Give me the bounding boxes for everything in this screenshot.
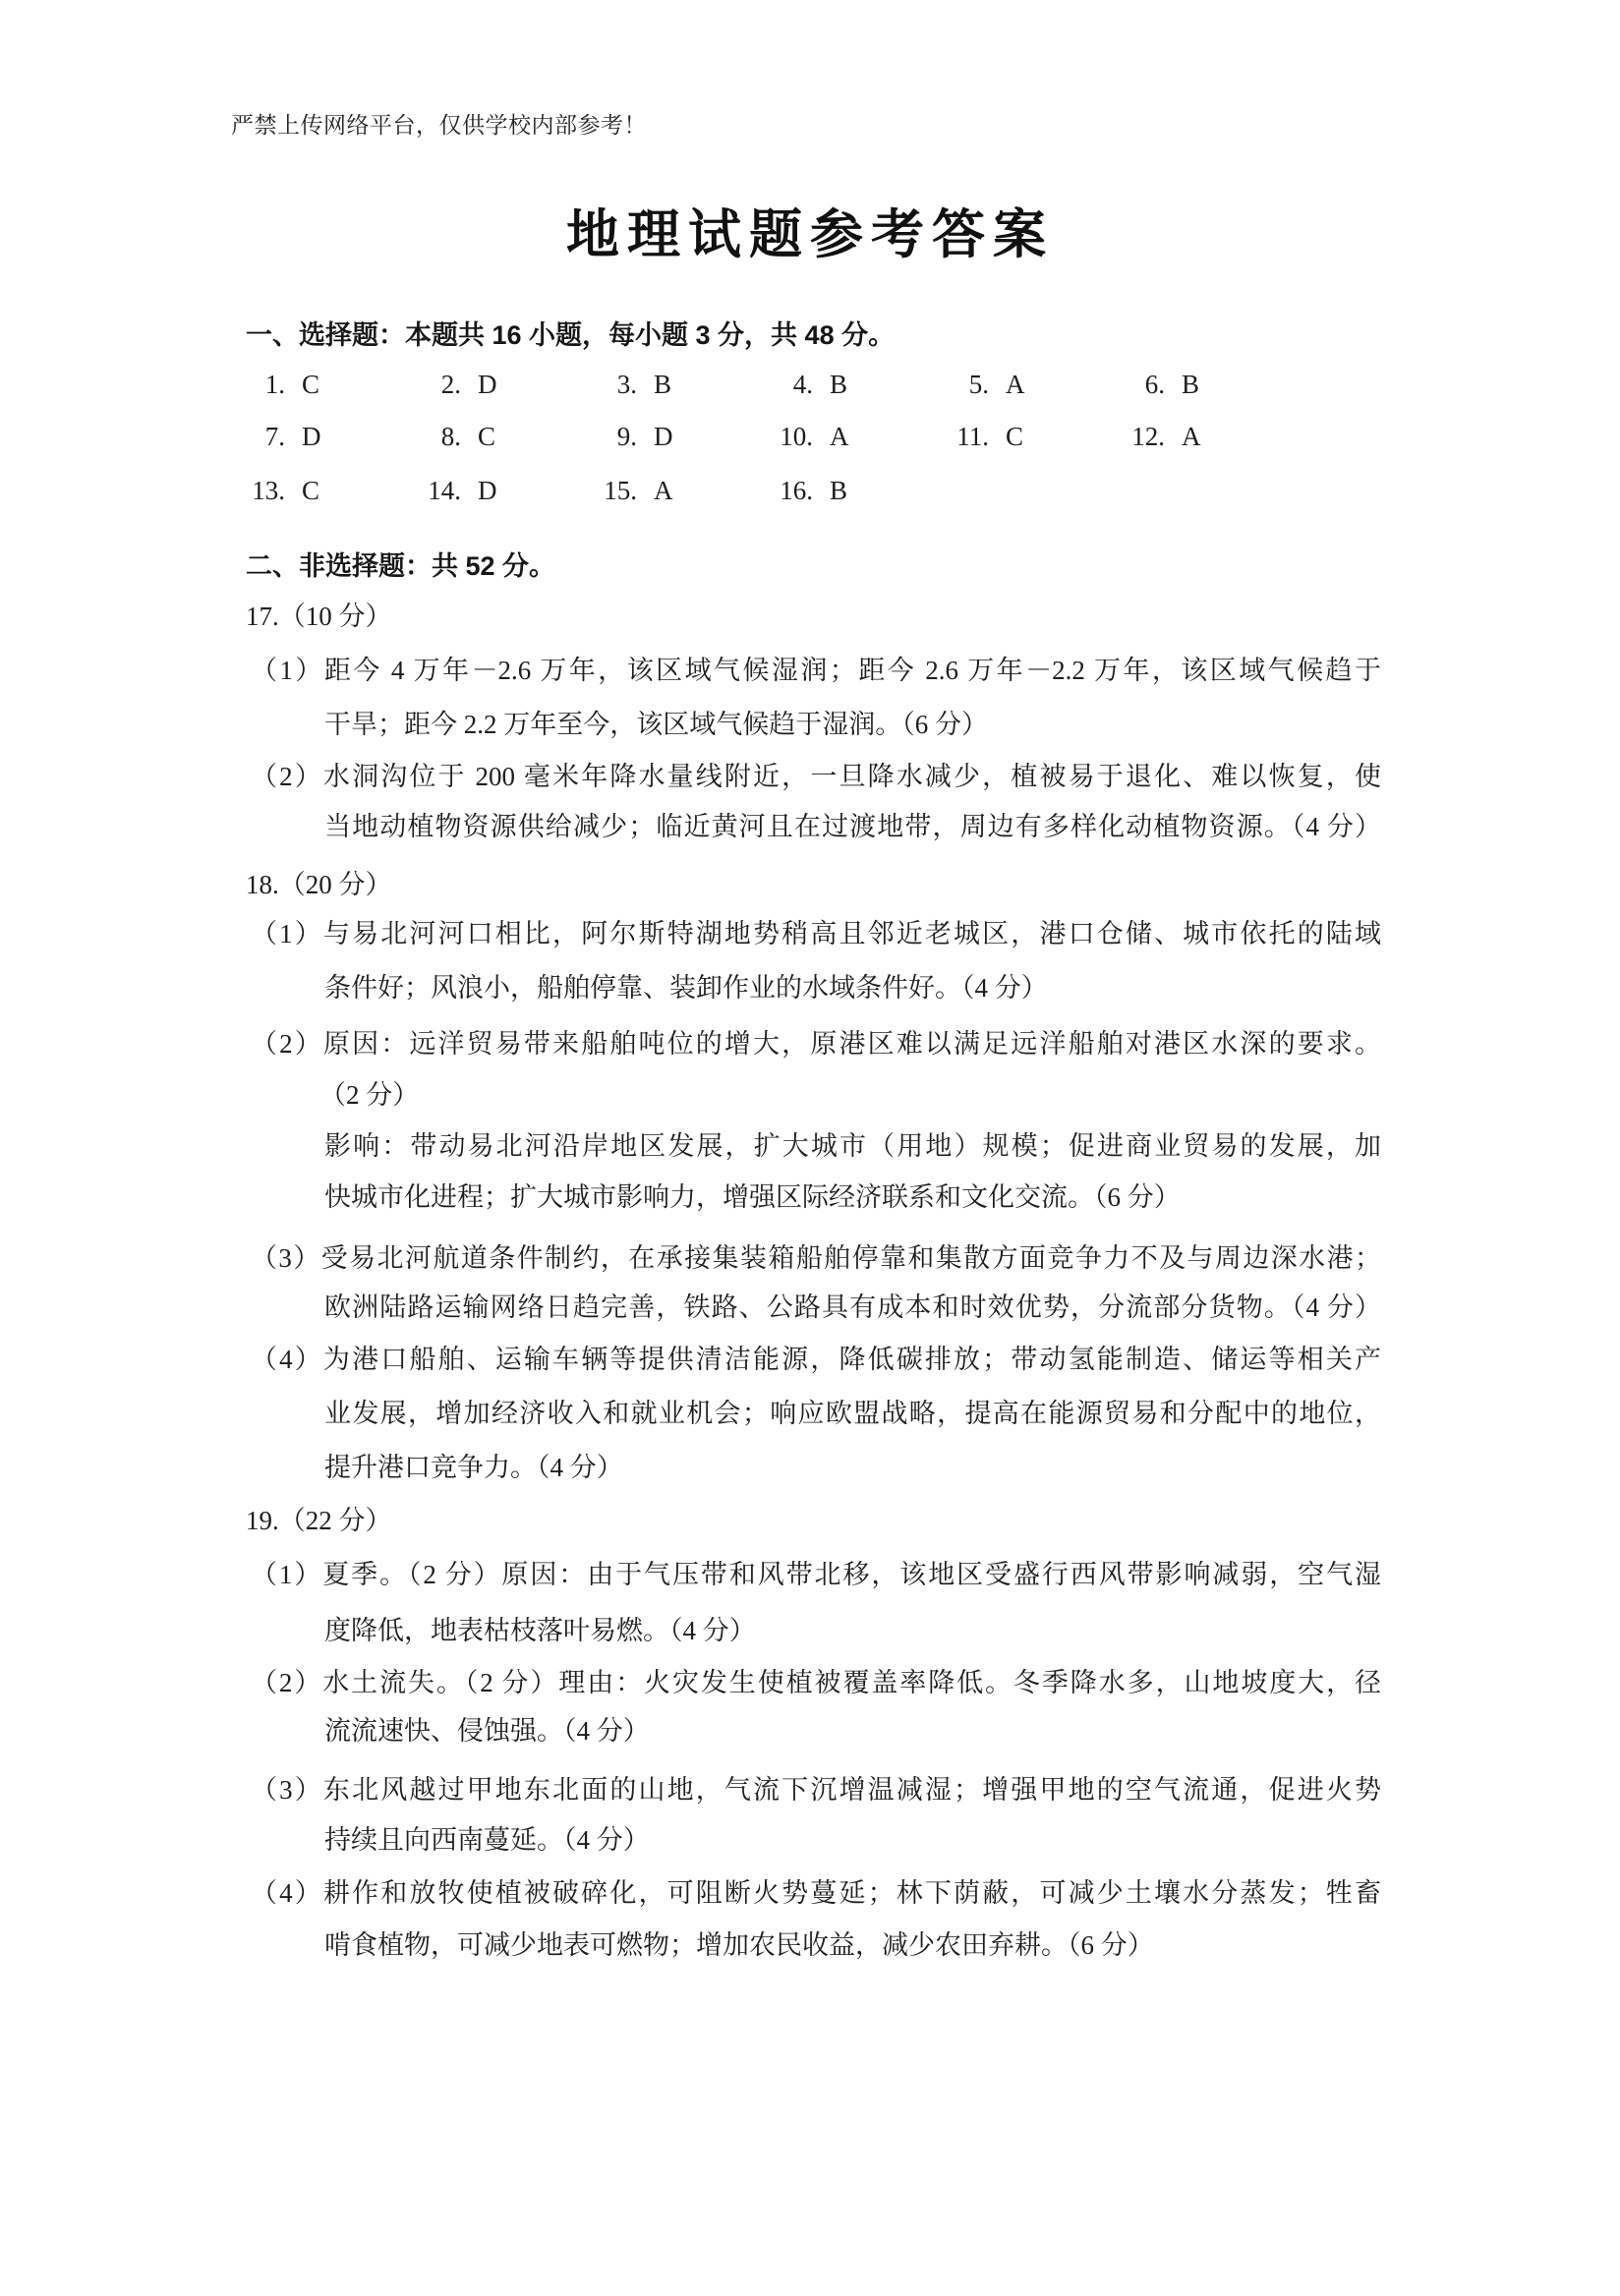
mc-answer: 3.B [598, 358, 774, 411]
mc-answer-letter: B [654, 358, 671, 411]
answer-line: 提升港口竞争力。（4 分） [324, 1441, 1381, 1494]
mc-answer-row: 7.D 8.C 9.D 10.A 11.C 12.A [246, 410, 1302, 463]
mc-answer-letter: A [1182, 410, 1201, 463]
mc-answer: 6.B [1126, 358, 1302, 411]
mc-question-number: 4. [774, 358, 813, 411]
mc-answer-letter: C [478, 410, 495, 463]
answer-line: 业发展，增加经济收入和就业机会；响应欧盟战略，提高在能源贸易和分配中的地位， [324, 1387, 1381, 1440]
mc-answer-letter: D [302, 410, 321, 463]
answer-line: （2）水洞沟位于 200 毫米年降水量线附近，一旦降水减少，植被易于退化、难以恢… [251, 750, 1381, 803]
mc-answer: 15.A [598, 464, 774, 517]
answer-line: 度降低，地表枯枝落叶易燃。（4 分） [324, 1604, 1381, 1657]
mc-answer: 16.B [774, 464, 950, 517]
mc-answer-letter: A [654, 464, 673, 517]
answer-line: （4）为港口船舶、运输车辆等提供清洁能源，降低碳排放；带动氢能制造、储运等相关产 [251, 1333, 1381, 1386]
mc-answer: 1.C [246, 358, 422, 411]
mc-answer-letter: B [1182, 358, 1199, 411]
mc-question-number: 10. [774, 410, 813, 463]
answer-line: （2 分） [319, 1068, 419, 1121]
confidential-notice: 严禁上传网络平台，仅供学校内部参考！ [231, 106, 647, 145]
mc-question-number: 5. [950, 358, 989, 411]
answer-line: 快城市化进程；扩大城市影响力，增强区际经济联系和文化交流。（6 分） [324, 1171, 1381, 1224]
mc-question-number: 15. [598, 464, 637, 517]
mc-answer: 11.C [950, 410, 1126, 463]
mc-answer-letter: B [830, 358, 847, 411]
mc-question-number: 9. [598, 410, 637, 463]
mc-question-number: 2. [422, 358, 461, 411]
answer-line: 当地动植物资源供给减少；临近黄河且在过渡地带，周边有多样化动植物资源。（4 分） [324, 800, 1381, 853]
mc-answer: 7.D [246, 410, 422, 463]
answer-line: （2）原因：远洋贸易带来船舶吨位的增大，原港区难以满足远洋船舶对港区水深的要求。 [251, 1017, 1381, 1070]
mc-answer: 8.C [422, 410, 598, 463]
mc-question-number: 12. [1126, 410, 1165, 463]
section2-heading: 二、非选择题：共 52 分。 [246, 540, 555, 593]
answer-line: （4）耕作和放牧使植被破碎化，可阻断火势蔓延；林下荫蔽，可减少土壤水分蒸发；牲畜 [251, 1866, 1381, 1920]
answer-line: 流流速快、侵蚀强。（4 分） [324, 1704, 1381, 1757]
question-label: 17.（10 分） [246, 590, 392, 643]
mc-question-number: 16. [774, 464, 813, 517]
mc-question-number: 6. [1126, 358, 1165, 411]
mc-answer-letter: C [302, 464, 319, 517]
mc-answer-letter: D [478, 358, 497, 411]
mc-answer-letter: C [1006, 410, 1023, 463]
mc-question-number: 14. [422, 464, 461, 517]
document-page: 严禁上传网络平台，仅供学校内部参考！ 地理试题参考答案 一、选择题：本题共 16… [0, 0, 1620, 2296]
answer-line: 啃食植物，可减少地表可燃物；增加农民收益，减少农田弃耕。（6 分） [324, 1919, 1381, 1972]
mc-answer: 9.D [598, 410, 774, 463]
section1-heading: 一、选择题：本题共 16 小题，每小题 3 分，共 48 分。 [246, 309, 895, 362]
answer-line: （1）夏季。（2 分）原因：由于气压带和风带北移，该地区受盛行西风带影响减弱，空… [251, 1548, 1381, 1601]
mc-answer: 2.D [422, 358, 598, 411]
mc-answer: 13.C [246, 464, 422, 517]
mc-answer: 10.A [774, 410, 950, 463]
mc-answer: 14.D [422, 464, 598, 517]
mc-answer-letter: D [478, 464, 497, 517]
question-label: 19.（22 分） [246, 1494, 392, 1547]
answer-line: （2）水土流失。（2 分）理由：火灾发生使植被覆盖率降低。冬季降水多，山地坡度大… [251, 1656, 1381, 1709]
answer-line: 条件好；风浪小，船舶停靠、装卸作业的水域条件好。（4 分） [324, 961, 1381, 1014]
answer-line: （3）东北风越过甲地东北面的山地，气流下沉增温减湿；增强甲地的空气流通，促进火势 [251, 1763, 1381, 1816]
answer-line: （1）距今 4 万年－2.6 万年，该区域气候湿润；距今 2.6 万年－2.2 … [251, 644, 1381, 697]
mc-answer: 12.A [1126, 410, 1302, 463]
mc-answer-letter: D [654, 410, 673, 463]
answer-line: （3）受易北河航道条件制约，在承接集装箱船舶停靠和集散方面竞争力不及与周边深水港… [251, 1232, 1381, 1285]
mc-answer-row: 1.C 2.D 3.B 4.B 5.A 6.B [246, 358, 1302, 411]
mc-question-number: 8. [422, 410, 461, 463]
answer-line: 影响：带动易北河沿岸地区发展，扩大城市（用地）规模；促进商业贸易的发展，加 [324, 1119, 1381, 1173]
mc-answer-letter: A [830, 410, 849, 463]
answer-line: 欧洲陆路运输网络日趋完善，铁路、公路具有成本和时效优势，分流部分货物。（4 分） [324, 1281, 1381, 1334]
mc-question-number: 3. [598, 358, 637, 411]
mc-question-number: 13. [246, 464, 285, 517]
mc-answer: 4.B [774, 358, 950, 411]
mc-answer: 5.A [950, 358, 1126, 411]
mc-question-number: 7. [246, 410, 285, 463]
mc-answer-row: 13.C 14.D 15.A 16.B [246, 464, 950, 517]
mc-question-number: 1. [246, 358, 285, 411]
mc-answer-letter: B [830, 464, 847, 517]
question-label: 18.（20 分） [246, 858, 392, 911]
answer-line: 干旱；距今 2.2 万年至今，该区域气候趋于湿润。（6 分） [324, 698, 1381, 751]
answer-line: 持续且向西南蔓延。（4 分） [324, 1813, 1381, 1866]
mc-answer-letter: C [302, 358, 319, 411]
answer-line: （1）与易北河河口相比，阿尔斯特湖地势稍高且邻近老城区，港口仓储、城市依托的陆域 [251, 907, 1381, 960]
mc-answer-letter: A [1006, 358, 1025, 411]
mc-question-number: 11. [950, 410, 989, 463]
page-title: 地理试题参考答案 [0, 199, 1620, 271]
